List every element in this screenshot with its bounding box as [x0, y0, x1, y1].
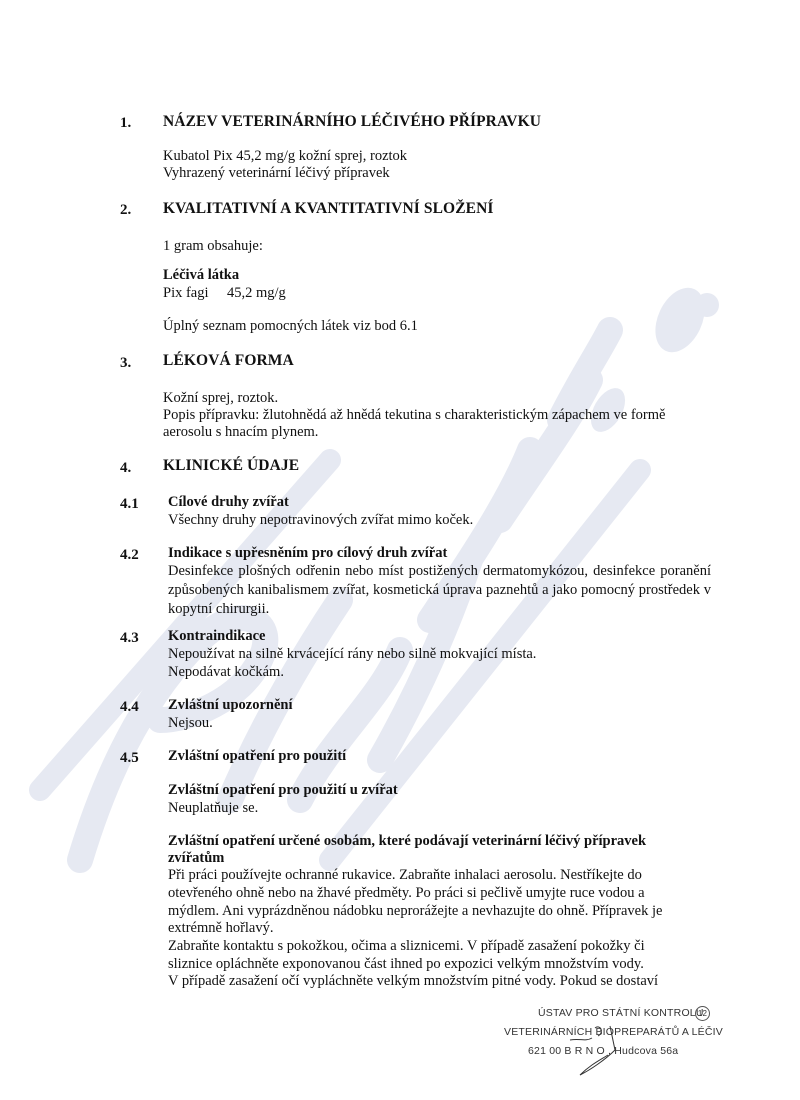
section-2-number: 2. [120, 202, 131, 219]
section-3-number: 3. [120, 355, 131, 372]
section-1-number: 1. [120, 115, 131, 132]
active-substance-label: Léčivá látka [163, 267, 239, 284]
section-4-3-title: Kontraindikace [168, 628, 265, 645]
contraindication-2: Nepodávat kočkám. [168, 663, 284, 682]
section-2-title: KVALITATIVNÍ A KVANTITATIVNÍ SLOŽENÍ [163, 200, 494, 218]
section-4-title: KLINICKÉ ÚDAJE [163, 457, 299, 475]
section-4-4-number: 4.4 [120, 699, 139, 716]
section-3-title: LÉKOVÁ FORMA [163, 352, 294, 370]
precautions-persons-title-2: zvířatům [168, 850, 224, 867]
stamp-badge: 12 [695, 1006, 710, 1021]
product-description-2: aerosolu s hnacím plynem. [163, 423, 318, 442]
section-1-title: NÁZEV VETERINÁRNÍHO LÉČIVÉHO PŘÍPRAVKU [163, 113, 541, 131]
product-category: Vyhrazený veterinární léčivý přípravek [163, 164, 390, 183]
document-page: 1. NÁZEV VETERINÁRNÍHO LÉČIVÉHO PŘÍPRAVK… [0, 0, 800, 1100]
section-4-2-title: Indikace s upřesněním pro cílový druh zv… [168, 545, 447, 562]
contraindication-1: Nepoužívat na silně krvácející rány nebo… [168, 645, 536, 664]
precautions-persons-title-1: Zvláštní opatření určené osobám, které p… [168, 833, 646, 850]
section-4-5-title: Zvláštní opatření pro použití [168, 748, 346, 765]
active-substance-amount: 45,2 mg/g [227, 284, 286, 303]
section-4-2-text: Desinfekce plošných odřenin nebo míst po… [168, 562, 711, 619]
section-4-3-number: 4.3 [120, 630, 139, 647]
signature-icon [560, 1020, 650, 1080]
precautions-persons-line: V případě zasažení očí vypláchněte velký… [168, 972, 658, 991]
precautions-animals-title: Zvláštní opatření pro použití u zvířat [168, 782, 398, 799]
composition-intro: 1 gram obsahuje: [163, 237, 263, 256]
precautions-persons-line: Zabraňte kontaktu s pokožkou, očima a sl… [168, 937, 645, 956]
section-4-1-text: Všechny druhy nepotravinových zvířat mim… [168, 511, 473, 530]
precautions-persons-line: Při práci používejte ochranné rukavice. … [168, 866, 642, 885]
precautions-persons-line: otevřeného ohně nebo na žhavé předměty. … [168, 884, 645, 903]
excipients-note: Úplný seznam pomocných látek viz bod 6.1 [163, 317, 418, 336]
section-4-4-text: Nejsou. [168, 714, 213, 733]
section-4-4-title: Zvláštní upozornění [168, 697, 292, 714]
active-substance-name: Pix fagi [163, 284, 209, 303]
section-4-2-number: 4.2 [120, 547, 139, 564]
section-4-1-number: 4.1 [120, 496, 139, 513]
stamp-line-1: ÚSTAV PRO STÁTNÍ KONTROLU [538, 1007, 704, 1019]
precautions-animals-text: Neuplatňuje se. [168, 799, 258, 818]
precautions-persons-line: extrémně hořlavý. [168, 919, 274, 938]
section-4-number: 4. [120, 460, 131, 477]
section-4-5-number: 4.5 [120, 750, 139, 767]
section-4-1-title: Cílové druhy zvířat [168, 494, 289, 511]
